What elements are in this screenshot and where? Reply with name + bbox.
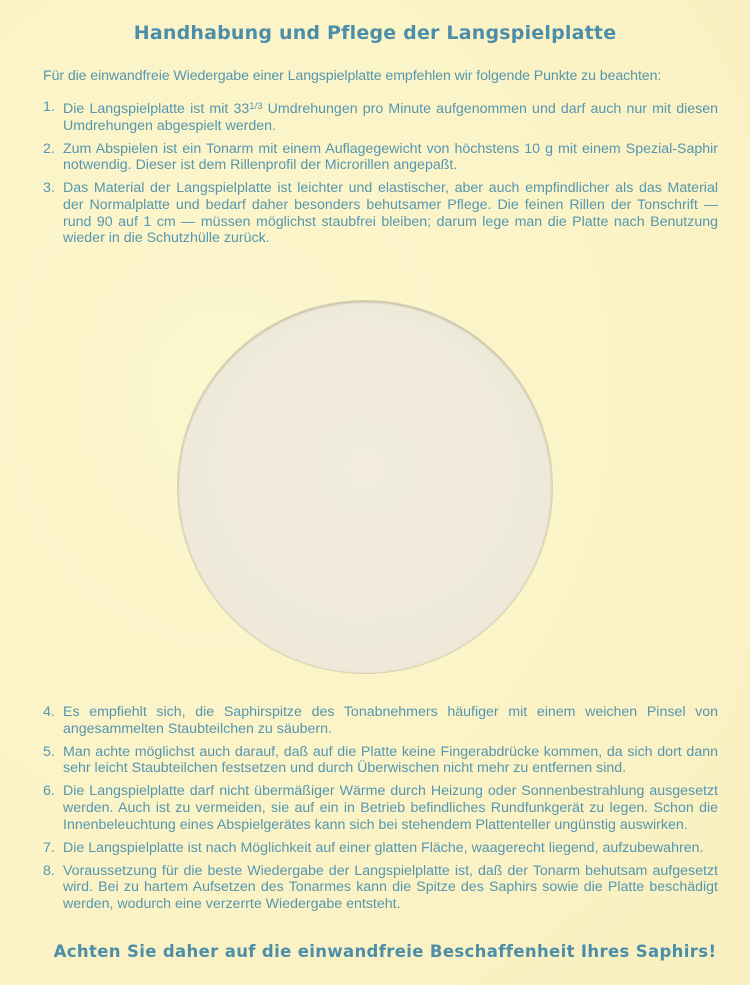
item-number: 6. bbox=[43, 783, 55, 800]
item-text: Man achte möglichst auch darauf, daß auf… bbox=[63, 744, 718, 777]
item-text: Die Langspielplatte ist nach Möglichkeit… bbox=[63, 840, 718, 857]
closing-advice: Achten Sie daher auf die einwandfreie Be… bbox=[0, 942, 750, 961]
item-number: 2. bbox=[43, 141, 55, 158]
item-text-part: Die Langspielplatte ist mit 33 bbox=[63, 101, 249, 117]
record-sleeve-page: Handhabung und Pflege der Langspielplatt… bbox=[0, 0, 750, 985]
instruction-item-8: 8. Voraussetzung für die beste Wiedergab… bbox=[43, 863, 718, 913]
rpm-fraction: 1/3 bbox=[249, 101, 262, 112]
instruction-item-5: 5. Man achte möglichst auch darauf, daß … bbox=[43, 744, 718, 777]
instruction-item-6: 6. Die Langspielplatte darf nicht übermä… bbox=[43, 783, 718, 833]
item-number: 3. bbox=[43, 180, 55, 197]
item-text: Die Langspielplatte darf nicht übermäßig… bbox=[63, 783, 718, 833]
item-text: Die Langspielplatte ist mit 331/3 Umdreh… bbox=[63, 99, 718, 134]
instruction-item-1: 1. Die Langspielplatte ist mit 331/3 Umd… bbox=[43, 99, 718, 134]
item-text: Zum Abspielen ist ein Tonarm mit einem A… bbox=[63, 141, 718, 174]
intro-text: Für die einwandfreie Wiedergabe einer La… bbox=[43, 68, 733, 84]
item-number: 4. bbox=[43, 704, 55, 721]
item-text: Es empfiehlt sich, die Saphirspitze des … bbox=[63, 704, 718, 737]
instruction-item-2: 2. Zum Abspielen ist ein Tonarm mit eine… bbox=[43, 141, 718, 174]
item-text: Das Material der Langspielplatte ist lei… bbox=[63, 180, 718, 246]
item-number: 1. bbox=[43, 99, 55, 116]
care-instructions-list-bottom: 4. Es empfiehlt sich, die Saphirspitze d… bbox=[43, 704, 718, 919]
item-text: Voraussetzung für die beste Wiedergabe d… bbox=[63, 863, 718, 913]
sleeve-center-hole bbox=[178, 301, 552, 673]
item-number: 7. bbox=[43, 840, 55, 857]
document-title: Handhabung und Pflege der Langspielplatt… bbox=[0, 22, 750, 44]
item-number: 8. bbox=[43, 863, 55, 880]
care-instructions-list-top: 1. Die Langspielplatte ist mit 331/3 Umd… bbox=[43, 99, 718, 253]
instruction-item-7: 7. Die Langspielplatte ist nach Möglichk… bbox=[43, 840, 718, 857]
instruction-item-3: 3. Das Material der Langspielplatte ist … bbox=[43, 180, 718, 246]
instruction-item-4: 4. Es empfiehlt sich, die Saphirspitze d… bbox=[43, 704, 718, 737]
item-number: 5. bbox=[43, 744, 55, 761]
